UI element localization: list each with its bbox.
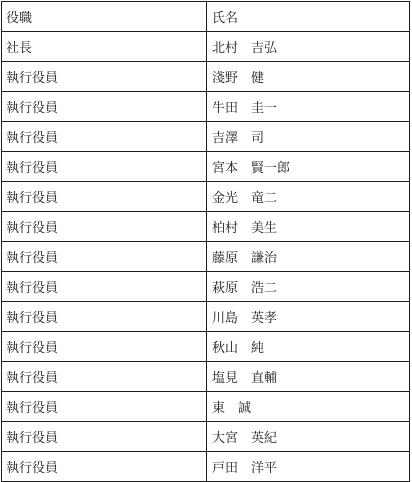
table-row: 執行役員川島 英孝 bbox=[2, 302, 410, 332]
position-cell: 執行役員 bbox=[2, 302, 207, 332]
name-cell: 牛田 圭一 bbox=[207, 92, 410, 122]
table-row: 執行役員宮本 賢一郎 bbox=[2, 152, 410, 182]
position-cell: 執行役員 bbox=[2, 122, 207, 152]
position-cell: 執行役員 bbox=[2, 332, 207, 362]
name-cell: 塩見 直輔 bbox=[207, 362, 410, 392]
table-row: 執行役員秋山 純 bbox=[2, 332, 410, 362]
position-cell: 執行役員 bbox=[2, 92, 207, 122]
table-row: 執行役員大宮 英紀 bbox=[2, 422, 410, 452]
table-row: 執行役員萩原 浩二 bbox=[2, 272, 410, 302]
table-row: 執行役員淺野 健 bbox=[2, 62, 410, 92]
position-cell: 執行役員 bbox=[2, 182, 207, 212]
position-cell: 執行役員 bbox=[2, 452, 207, 482]
name-cell: 宮本 賢一郎 bbox=[207, 152, 410, 182]
position-cell: 執行役員 bbox=[2, 212, 207, 242]
name-cell: 川島 英孝 bbox=[207, 302, 410, 332]
table-row: 執行役員吉澤 司 bbox=[2, 122, 410, 152]
officer-table-body: 社長北村 吉弘執行役員淺野 健執行役員牛田 圭一執行役員吉澤 司執行役員宮本 賢… bbox=[2, 32, 410, 482]
position-column-header: 役職 bbox=[2, 2, 207, 32]
name-cell: 柏村 美生 bbox=[207, 212, 410, 242]
table-row: 執行役員藤原 謙治 bbox=[2, 242, 410, 272]
name-cell: 金光 竜二 bbox=[207, 182, 410, 212]
table-row: 社長北村 吉弘 bbox=[2, 32, 410, 62]
table-header-row: 役職 氏名 bbox=[2, 2, 410, 32]
position-cell: 執行役員 bbox=[2, 152, 207, 182]
officer-table: 役職 氏名 社長北村 吉弘執行役員淺野 健執行役員牛田 圭一執行役員吉澤 司執行… bbox=[1, 1, 410, 482]
position-cell: 執行役員 bbox=[2, 272, 207, 302]
name-cell: 北村 吉弘 bbox=[207, 32, 410, 62]
position-cell: 執行役員 bbox=[2, 242, 207, 272]
position-cell: 社長 bbox=[2, 32, 207, 62]
position-cell: 執行役員 bbox=[2, 392, 207, 422]
position-cell: 執行役員 bbox=[2, 62, 207, 92]
page: { "table": { "columns": ["役職", "氏名"], "r… bbox=[0, 0, 412, 482]
table-row: 執行役員東 誠 bbox=[2, 392, 410, 422]
name-cell: 東 誠 bbox=[207, 392, 410, 422]
position-cell: 執行役員 bbox=[2, 422, 207, 452]
table-row: 執行役員金光 竜二 bbox=[2, 182, 410, 212]
name-cell: 戸田 洋平 bbox=[207, 452, 410, 482]
table-row: 執行役員牛田 圭一 bbox=[2, 92, 410, 122]
table-row: 執行役員戸田 洋平 bbox=[2, 452, 410, 482]
name-cell: 淺野 健 bbox=[207, 62, 410, 92]
name-cell: 吉澤 司 bbox=[207, 122, 410, 152]
name-cell: 大宮 英紀 bbox=[207, 422, 410, 452]
name-cell: 藤原 謙治 bbox=[207, 242, 410, 272]
table-row: 執行役員塩見 直輔 bbox=[2, 362, 410, 392]
name-cell: 萩原 浩二 bbox=[207, 272, 410, 302]
position-cell: 執行役員 bbox=[2, 362, 207, 392]
table-row: 執行役員柏村 美生 bbox=[2, 212, 410, 242]
name-column-header: 氏名 bbox=[207, 2, 410, 32]
name-cell: 秋山 純 bbox=[207, 332, 410, 362]
